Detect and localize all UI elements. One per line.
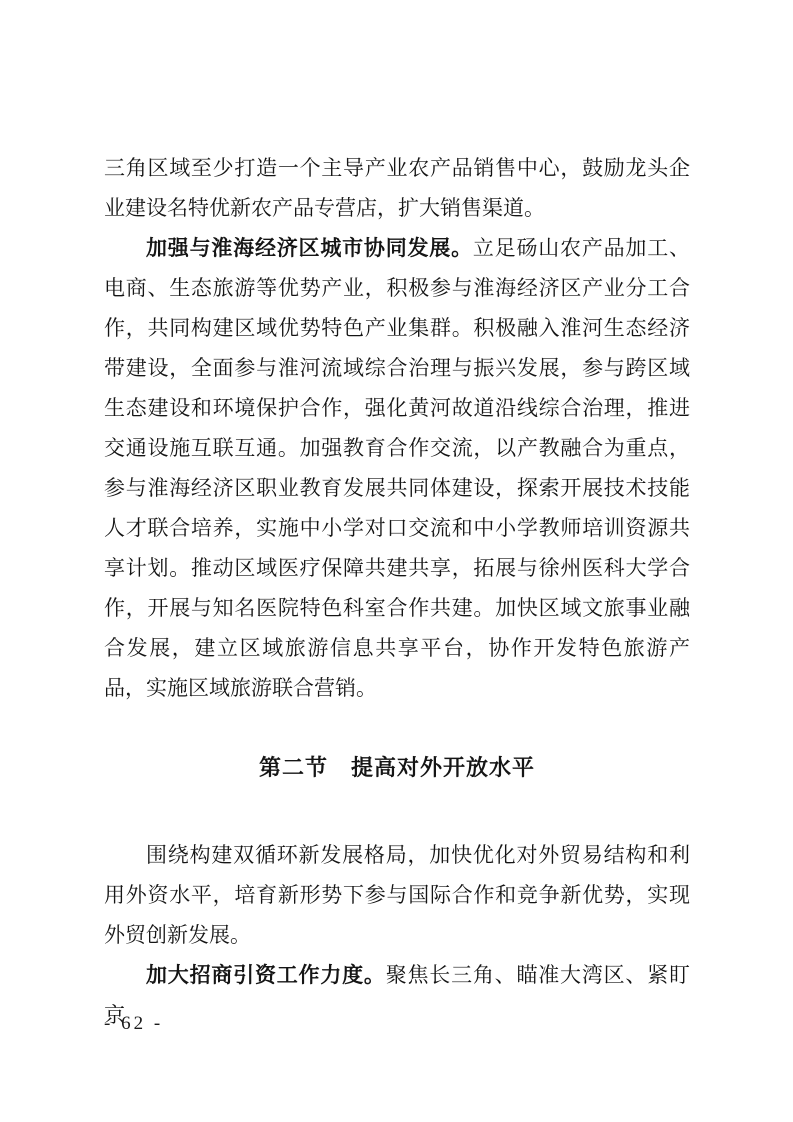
paragraph-lead: 加大招商引资工作力度。 (146, 963, 386, 987)
paragraph-text: 立足砀山农产品加工、电商、生态旅游等优势产业，积极参与淮海经济区产业分工合作，共… (104, 236, 690, 700)
paragraph: 三角区域至少打造一个主导产业农产品销售中心，鼓励龙头企业建设名特优新农产品专营店… (104, 148, 690, 228)
section-heading: 第二节 提高对外开放水平 (104, 748, 690, 788)
text-block: 三角区域至少打造一个主导产业农产品销售中心，鼓励龙头企业建设名特优新农产品专营店… (104, 148, 690, 1035)
paragraph-text: 三角区域至少打造一个主导产业农产品销售中心，鼓励龙头企业建设名特优新农产品专营店… (104, 156, 690, 220)
page-number: - 62 - (104, 1012, 163, 1036)
document-page: 三角区域至少打造一个主导产业农产品销售中心，鼓励龙头企业建设名特优新农产品专营店… (0, 0, 793, 1122)
paragraph: 围绕构建双循环新发展格局，加快优化对外贸易结构和利用外资水平，培育新形势下参与国… (104, 835, 690, 955)
paragraph: 加强与淮海经济区城市协同发展。立足砀山农产品加工、电商、生态旅游等优势产业，积极… (104, 228, 690, 708)
paragraph: 加大招商引资工作力度。聚焦长三角、瞄准大湾区、紧盯京 (104, 955, 690, 1035)
paragraph-text: 围绕构建双循环新发展格局，加快优化对外贸易结构和利用外资水平，培育新形势下参与国… (104, 843, 690, 947)
paragraph-lead: 加强与淮海经济区城市协同发展。 (146, 236, 473, 260)
